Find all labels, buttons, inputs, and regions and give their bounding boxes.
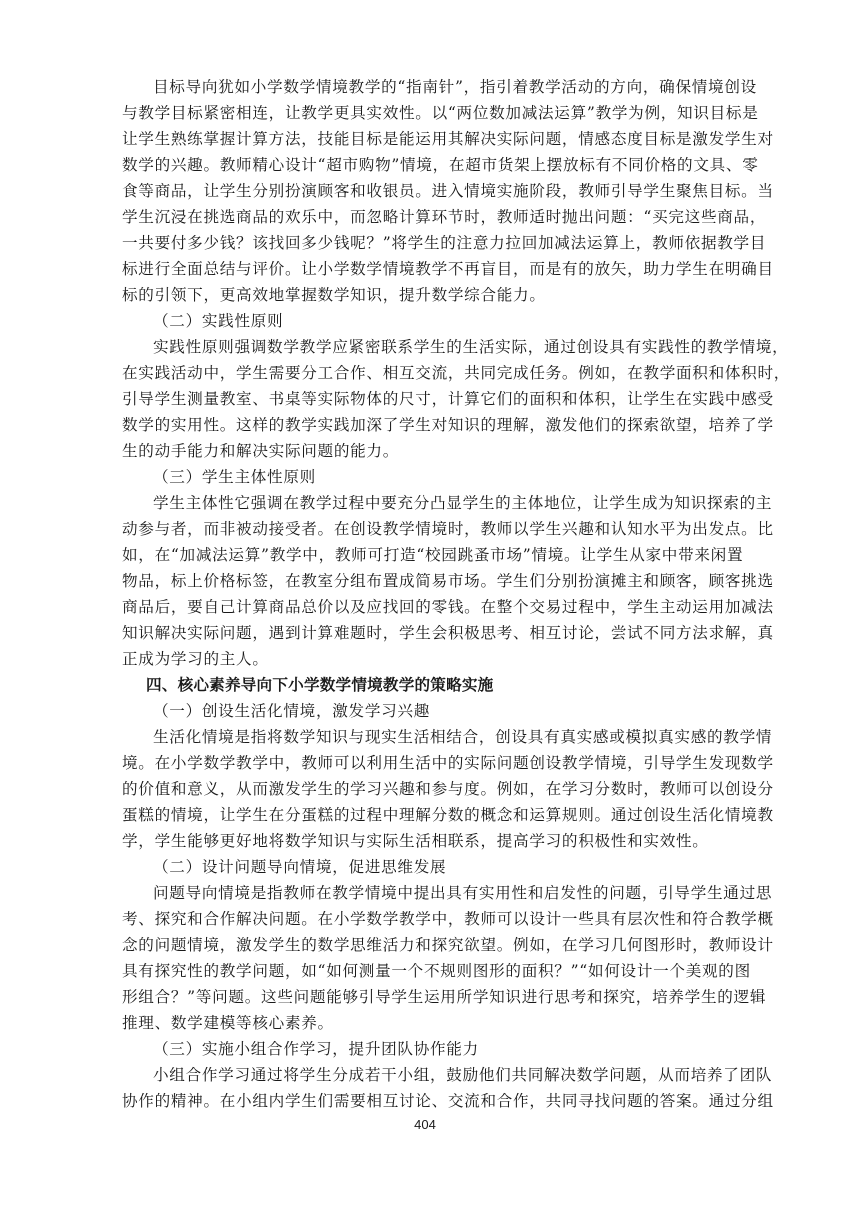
text-line: 与教学目标紧密相连，让教学更具实效性。以“两位数加减法运算”教学为例，知识目标是	[122, 100, 728, 126]
text-line: 具有探究性的教学问题，如“如何测量一个不规则图形的面积？”“如何设计一个美观的图	[122, 958, 728, 984]
text-line: 推理、数学建模等核心素养。	[122, 1010, 728, 1036]
paragraph-goal-orientation: 目标导向犹如小学数学情境教学的“指南针”，指引着教学活动的方向，确保情境创设 与…	[122, 74, 728, 308]
text-line: 小组合作学习通过将学生分成若干小组，鼓励他们共同解决数学问题，从而培养了团队	[122, 1062, 728, 1088]
paragraph-practice: 实践性原则强调数学教学应紧密联系学生的生活实际，通过创设具有实践性的教学情境， …	[122, 334, 728, 464]
paragraph-life-context: 生活化情境是指将数学知识与现实生活相结合，创设具有真实感或模拟真实感的教学情 境…	[122, 724, 728, 854]
text-line: 数学的实用性。这样的教学实践加深了学生对知识的理解，激发他们的探索欲望，培养了学	[122, 412, 728, 438]
subheading-problem-oriented: （二）设计问题导向情境，促进思维发展	[122, 854, 728, 880]
page-number: 404	[0, 1117, 850, 1132]
text-line: 形组合？”等问题。这些问题能够引导学生运用所学知识进行思考和探究，培养学生的逻辑	[122, 984, 728, 1010]
text-line: 正成为学习的主人。	[122, 646, 728, 672]
text-line: 让学生熟练掌握计算方法，技能目标是能运用其解决实际问题，情感态度目标是激发学生对	[122, 126, 728, 152]
paragraph-student-subject: 学生主体性它强调在教学过程中要充分凸显学生的主体地位，让学生成为知识探索的主 动…	[122, 490, 728, 672]
text-line: 物品，标上价格标签，在教室分组布置成简易市场。学生们分别扮演摊主和顾客，顾客挑选	[122, 568, 728, 594]
subheading-life-context: （一）创设生活化情境，激发学习兴趣	[122, 698, 728, 724]
text-line: 引导学生测量教室、书桌等实际物体的尺寸，计算它们的面积和体积，让学生在实践中感受	[122, 386, 728, 412]
text-line: 实践性原则强调数学教学应紧密联系学生的生活实际，通过创设具有实践性的教学情境，	[122, 334, 728, 360]
subheading-group-cooperation: （三）实施小组合作学习，提升团队协作能力	[122, 1036, 728, 1062]
text-line: 动参与者，而非被动接受者。在创设教学情境时，教师以学生兴趣和认知水平为出发点。比	[122, 516, 728, 542]
paragraph-problem-oriented: 问题导向情境是指教师在教学情境中提出具有实用性和启发性的问题，引导学生通过思 考…	[122, 880, 728, 1036]
text-line: 数学的兴趣。教师精心设计“超市购物”情境，在超市货架上摆放标有不同价格的文具、零	[122, 152, 728, 178]
subheading-student-subject-principle: （三）学生主体性原则	[122, 464, 728, 490]
text-line: 目标导向犹如小学数学情境教学的“指南针”，指引着教学活动的方向，确保情境创设	[122, 74, 728, 100]
text-line: 问题导向情境是指教师在教学情境中提出具有实用性和启发性的问题，引导学生通过思	[122, 880, 728, 906]
paragraph-group-cooperation: 小组合作学习通过将学生分成若干小组，鼓励他们共同解决数学问题，从而培养了团队 协…	[122, 1062, 728, 1114]
text-line: 商品后，要自己计算商品总价以及应找回的零钱。在整个交易过程中，学生主动运用加减法	[122, 594, 728, 620]
text-line: 知识解决实际问题，遇到计算难题时，学生会积极思考、相互讨论，尝试不同方法求解，真	[122, 620, 728, 646]
text-line: 蛋糕的情境，让学生在分蛋糕的过程中理解分数的概念和运算规则。通过创设生活化情境教	[122, 802, 728, 828]
text-line: 一共要付多少钱？该找回多少钱呢？”将学生的注意力拉回加减法运算上，教师依据教学目	[122, 230, 728, 256]
text-line: 食等商品，让学生分别扮演顾客和收银员。进入情境实施阶段，教师引导学生聚焦目标。当	[122, 178, 728, 204]
text-line: 念的问题情境，激发学生的数学思维活力和探究欲望。例如，在学习几何图形时，教师设计	[122, 932, 728, 958]
text-line: 考、探究和合作解决问题。在小学数学教学中，教师可以设计一些具有层次性和符合教学概	[122, 906, 728, 932]
text-line: 学生沉浸在挑选商品的欢乐中，而忽略计算环节时，教师适时抛出问题：“买完这些商品，	[122, 204, 728, 230]
text-line: 的价值和意义，从而激发学生的学习兴趣和参与度。例如，在学习分数时，教师可以创设分	[122, 776, 728, 802]
text-line: 标进行全面总结与评价。让小学数学情境教学不再盲目，而是有的放矢，助力学生在明确目	[122, 256, 728, 282]
text-line: 生活化情境是指将数学知识与现实生活相结合，创设具有真实感或模拟真实感的教学情	[122, 724, 728, 750]
text-line: 如，在“加减法运算”教学中，教师可打造“校园跳蚤市场”情境。让学生从家中带来闲置	[122, 542, 728, 568]
text-line: 协作的精神。在小组内学生们需要相互讨论、交流和合作，共同寻找问题的答案。通过分组	[122, 1088, 728, 1114]
text-line: 生的动手能力和解决实际问题的能力。	[122, 438, 728, 464]
text-line: 在实践活动中，学生需要分工合作、相互交流，共同完成任务。例如，在教学面积和体积时…	[122, 360, 728, 386]
section-heading-strategies: 四、核心素养导向下小学数学情境教学的策略实施	[122, 672, 728, 698]
page-body: 目标导向犹如小学数学情境教学的“指南针”，指引着教学活动的方向，确保情境创设 与…	[122, 74, 728, 1114]
text-line: 境。在小学数学教学中，教师可以利用生活中的实际问题创设教学情境，引导学生发现数学	[122, 750, 728, 776]
text-line: 学，学生能够更好地将数学知识与实际生活相联系，提高学习的积极性和实效性。	[122, 828, 728, 854]
text-line: 标的引领下，更高效地掌握数学知识，提升数学综合能力。	[122, 282, 728, 308]
text-line: 学生主体性它强调在教学过程中要充分凸显学生的主体地位，让学生成为知识探索的主	[122, 490, 728, 516]
subheading-practice-principle: （二）实践性原则	[122, 308, 728, 334]
